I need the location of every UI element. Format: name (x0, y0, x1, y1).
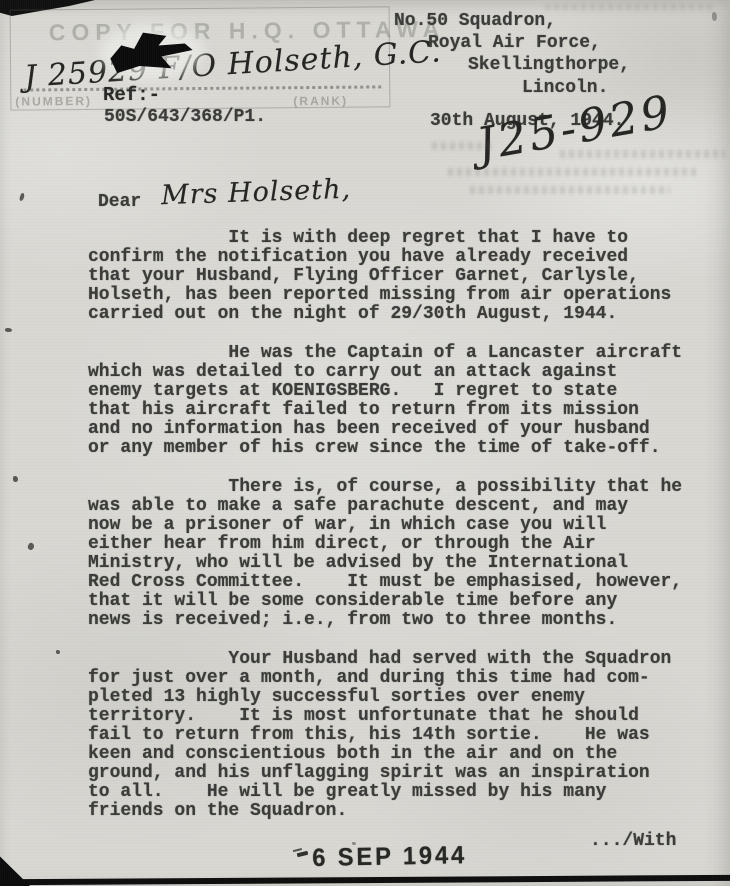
paper-speck (19, 193, 25, 202)
paper-speck (5, 328, 12, 332)
stamp-number-label: (NUMBER) (15, 94, 92, 109)
ref-number: 50S/643/368/P1. (104, 108, 266, 127)
salutation: Dear Mrs Holseth, (98, 182, 351, 213)
bleed-through-smudge (560, 150, 725, 158)
stamp-rank-label: (RANK) (293, 94, 348, 108)
ref-label: Ref:- (103, 86, 160, 105)
paper-speck (27, 542, 36, 551)
received-date-stamp: 6 SEP 1944 (312, 841, 467, 873)
scan-bottom-edge-line (18, 875, 730, 885)
paper-speck (13, 476, 18, 482)
paper-speck (352, 842, 356, 845)
bleed-through-smudge (448, 168, 698, 176)
address-line-force: Royal Air Force, (428, 34, 601, 53)
letter-body: It is with deep regret that I have to co… (88, 229, 730, 841)
continuation-marker: .../With (590, 832, 676, 851)
bleed-through-smudge (545, 4, 715, 10)
salutation-name: Mrs Holseth, (160, 174, 351, 212)
address-line-station: Skellingthorpe, (468, 56, 630, 75)
bleed-through-smudge (470, 186, 670, 194)
salutation-prefix: Dear (98, 192, 141, 212)
bleed-through-smudge (432, 142, 492, 150)
paragraph-service-record: Your Husband had served with the Squadro… (88, 650, 730, 821)
address-line-squadron: No.50 Squadron, (394, 12, 556, 31)
letter-page: COPY FOR H.Q. OTTAWA (NUMBER) (RANK) J 2… (0, 0, 730, 886)
paper-speck (712, 12, 717, 21)
stamp-stray-mark (297, 851, 309, 858)
address-line-city: Lincoln. (522, 79, 608, 98)
paragraph-regret: It is with deep regret that I have to co… (88, 229, 730, 324)
paragraph-prisoner-possibility: There is, of course, a possibility that … (88, 478, 730, 630)
paper-speck (56, 650, 60, 654)
paragraph-mission: He was the Captain of a Lancaster aircra… (88, 344, 730, 458)
